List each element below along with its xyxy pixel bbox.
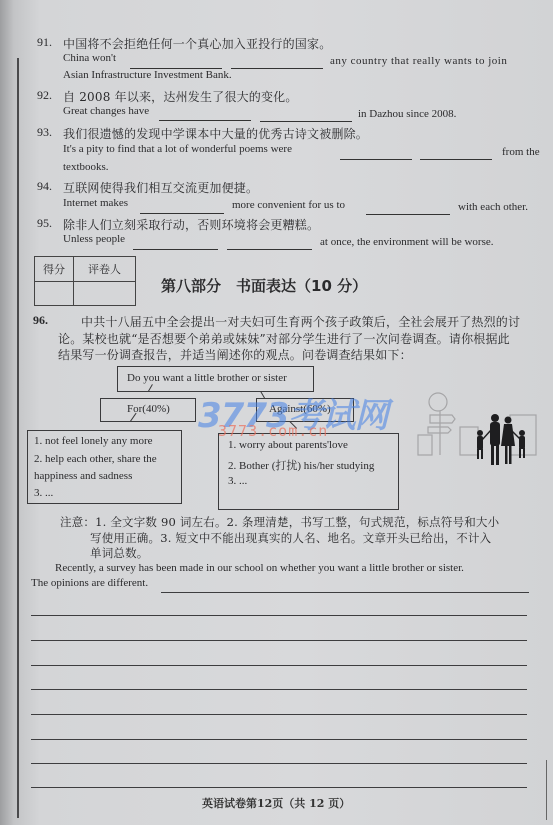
opening-line-2: The opinions are different.	[31, 577, 148, 589]
writing-line[interactable]	[31, 640, 527, 641]
question-95-chinese: 除非人们立刻采取行动，否则环境将会更糟糕。	[63, 216, 319, 233]
score-header: 得分	[35, 257, 74, 282]
grader-cell[interactable]	[74, 282, 136, 306]
prompt-line-3: 结果写一份调查报告，并适当阐述你的观点。问卷调查结果如下：	[58, 346, 412, 363]
question-94-number: 94.	[37, 179, 52, 194]
for-box: For(40%)	[100, 398, 196, 422]
for-reason: 3. ...	[34, 487, 53, 499]
question-95-number: 95.	[37, 216, 52, 231]
question-91-english-before: China won't	[63, 52, 116, 64]
question-94-english-middle: more convenient for us to	[232, 199, 345, 211]
against-reasons-box: 1. worry about parents'love 2. Bother (打…	[218, 433, 399, 510]
for-reasons-box: 1. not feel lonely any more 2. help each…	[27, 430, 182, 504]
question-94-chinese: 互联网使得我们相互交流更加便捷。	[63, 179, 258, 196]
score-table: 得分 评卷人	[34, 256, 136, 306]
question-91-blank-2[interactable]	[231, 56, 323, 74]
page-edge-line	[546, 760, 547, 820]
notes-line-2: 写使用正确。3. 短文中不能出现真实的人名、地名。文章开头已给出，不计入	[90, 530, 491, 546]
question-93-blank-1[interactable]	[340, 147, 412, 165]
question-93-number: 93.	[37, 125, 52, 140]
question-92-english-after: in Dazhou since 2008.	[358, 108, 456, 120]
question-93-blank-2[interactable]	[420, 147, 492, 165]
question-92-blank-1[interactable]	[159, 108, 251, 126]
against-reason: 3. ...	[228, 475, 247, 487]
prompt-line-1: 中共十八届五中全会提出一对夫妇可生育两个孩子政策后，全社会展开了热烈的讨	[81, 313, 520, 330]
for-label: For(40%)	[127, 403, 170, 415]
question-95-english-before: Unless people	[63, 233, 125, 245]
question-93-english-before: It's a pity to find that a lot of wonder…	[63, 143, 292, 155]
exam-page: 91. 中国将不会拒绝任何一个真心加入亚投行的国家。 China won't a…	[0, 0, 553, 825]
question-94-blank-2[interactable]	[366, 202, 450, 220]
for-reason: 1. not feel lonely any more	[34, 435, 153, 447]
question-94-english-after: with each other.	[458, 201, 528, 213]
question-91-english-line2: Asian Infrastructure Investment Bank.	[63, 69, 232, 81]
question-91-number: 91.	[37, 35, 52, 50]
watermark-url: 3773.com.cn	[218, 422, 328, 440]
survey-question-text: Do you want a little brother or sister	[127, 372, 287, 384]
question-95-blank-1[interactable]	[133, 237, 218, 255]
question-92-number: 92.	[37, 88, 52, 103]
writing-line[interactable]	[161, 592, 529, 593]
binding-margin-line	[17, 58, 19, 818]
question-92-english-before: Great changes have	[63, 105, 149, 117]
writing-line[interactable]	[31, 787, 527, 788]
section-title: 第八部分 书面表达（10 分）	[161, 275, 367, 296]
family-illustration-icon	[410, 385, 545, 465]
opening-line-1: Recently, a survey has been made in our …	[55, 562, 464, 574]
grader-header: 评卷人	[74, 257, 136, 282]
question-92-chinese: 自 2008 年以来，达州发生了很大的变化。	[63, 88, 298, 105]
question-93-chinese: 我们很遗憾的发现中学课本中大量的优秀古诗文被删除。	[63, 125, 368, 142]
question-93-english-after: from the	[502, 146, 540, 158]
writing-line[interactable]	[31, 763, 527, 764]
question-96-number: 96.	[33, 313, 48, 328]
notes-line-3: 单词总数。	[90, 545, 149, 561]
score-cell[interactable]	[35, 282, 74, 306]
writing-line[interactable]	[31, 689, 527, 690]
writing-line[interactable]	[31, 714, 527, 715]
against-reason: 2. Bother (打扰) his/her studying	[228, 457, 374, 473]
notes-line-1: 注意：1. 全文字数 90 词左右。2. 条理清楚，书写工整，句式规范，标点符号…	[60, 514, 499, 530]
question-94-english-before: Internet makes	[63, 197, 128, 209]
question-91-english-after: any country that really wants to join	[330, 55, 507, 67]
question-95-english-after: at once, the environment will be worse.	[320, 236, 494, 248]
for-reason: 2. help each other, share the	[34, 453, 157, 465]
writing-line[interactable]	[31, 665, 527, 666]
against-reason: 1. worry about parents'love	[228, 439, 348, 451]
writing-line[interactable]	[31, 615, 527, 616]
writing-line[interactable]	[31, 739, 527, 740]
question-91-chinese: 中国将不会拒绝任何一个真心加入亚投行的国家。	[63, 35, 331, 52]
prompt-line-2: 论。某校也就“是否想要个弟弟或妹妹”对部分学生进行了一次问卷调查。请你根据此	[58, 330, 510, 347]
question-95-blank-2[interactable]	[227, 237, 312, 255]
for-reason: happiness and sadness	[34, 470, 132, 482]
question-93-english-line2: textbooks.	[63, 161, 109, 173]
page-footer: 英语试卷第12页（共 12 页）	[202, 795, 350, 811]
